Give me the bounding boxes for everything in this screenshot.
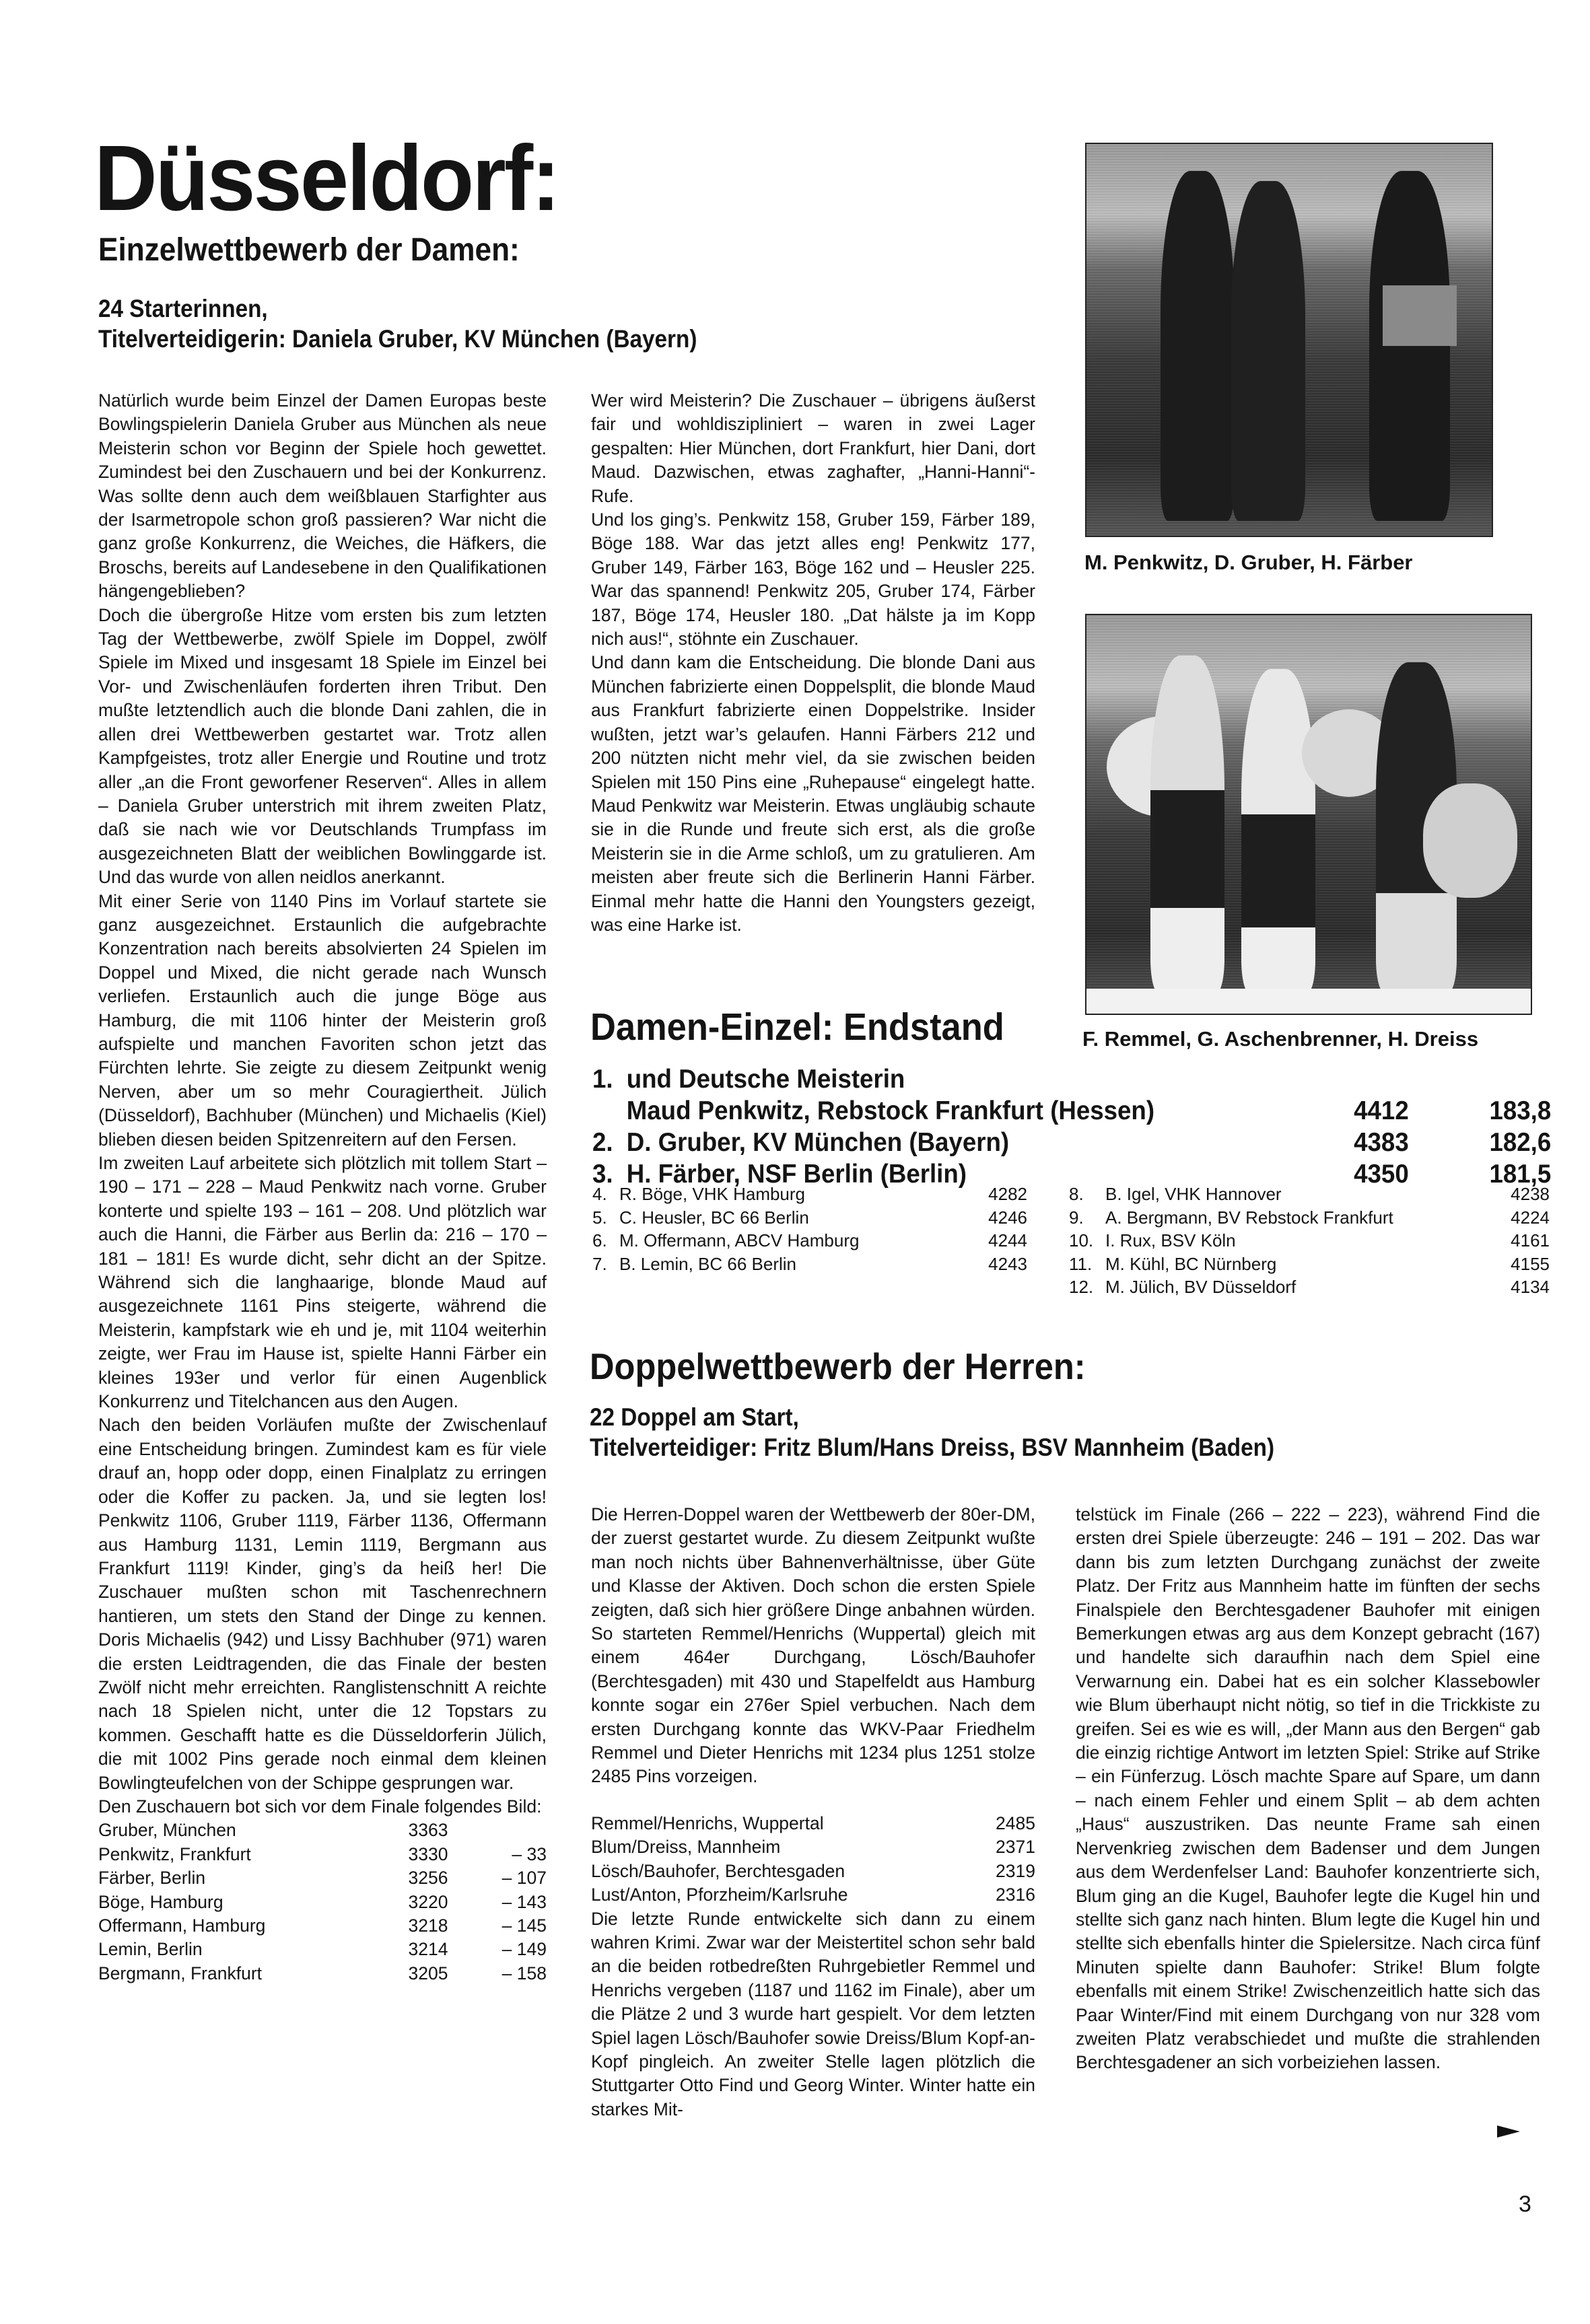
- standing-row: 12.M. Jülich, BV Düsseldorf4134: [1069, 1275, 1550, 1299]
- standing-row: 10.I. Rux, BSV Köln4161: [1069, 1229, 1550, 1253]
- photo-penkwitz-gruber-faerber: [1085, 143, 1493, 537]
- section-meta: 22 Doppel am Start, Titelverteidiger: Fr…: [590, 1402, 1274, 1463]
- table-row: Offermann, Hamburg3218– 145: [98, 1914, 547, 1938]
- article-column-left: Natürlich wurde beim Einzel der Damen Eu…: [98, 389, 547, 1985]
- doubles-table: Remmel/Henrichs, Wuppertal2485 Blum/Drei…: [591, 1812, 1035, 1907]
- photo-caption: M. Penkwitz, D. Gruber, H. Färber: [1084, 552, 1413, 573]
- section-heading: Einzelwettbewerb der Damen:: [98, 234, 520, 267]
- standing-row: 5.C. Heusler, BC 66 Berlin4246: [592, 1206, 1027, 1230]
- paragraph: Wer wird Meisterin? Die Zuschauer – übri…: [591, 389, 1035, 508]
- section-heading: Doppelwettbewerb der Herren:: [590, 1348, 1086, 1385]
- paragraph: Nach den beiden Vorläufen mußte der Zwis…: [98, 1413, 547, 1795]
- paragraph: Im zweiten Lauf arbeitete sich plötzlich…: [98, 1152, 547, 1413]
- meta-line: 22 Doppel am Start,: [590, 1402, 1274, 1432]
- paragraph: Und los ging’s. Penkwitz 158, Gruber 159…: [591, 508, 1035, 651]
- table-row: Blum/Dreiss, Mannheim2371: [591, 1835, 1035, 1859]
- meta-line: Titelverteidiger: Fritz Blum/Hans Dreiss…: [590, 1432, 1274, 1463]
- article-column-right-doubles: telstück im Finale (266 – 222 – 223), wä…: [1076, 1503, 1540, 2075]
- article-column-middle-doubles: Die Herren-Doppel waren der Wettbewerb d…: [591, 1503, 1035, 2121]
- table-row: Böge, Hamburg3220– 143: [98, 1891, 547, 1914]
- standing-row: 9.A. Bergmann, BV Rebstock Frankfurt4224: [1069, 1206, 1550, 1230]
- page-number: 3: [1519, 2191, 1531, 2218]
- photo-remmel-aschenbrenner-dreiss: [1085, 614, 1532, 1015]
- standing-row: 8.B. Igel, VHK Hannover4238: [1069, 1183, 1550, 1206]
- standing-row: 4.R. Böge, VHK Hamburg4282: [592, 1183, 1027, 1206]
- table-row: Gruber, München3363: [98, 1819, 547, 1842]
- table-row: Bergmann, Frankfurt3205– 158: [98, 1962, 547, 1985]
- arrow-right-icon: [1497, 2125, 1520, 2138]
- standing-row: 2.D. Gruber, KV München (Bayern)4383182,…: [592, 1127, 1551, 1158]
- page-title: Düsseldorf:: [94, 132, 559, 225]
- standing-row: 7.B. Lemin, BC 66 Berlin4243: [592, 1253, 1027, 1276]
- meta-line: 24 Starterinnen,: [98, 293, 697, 324]
- standings-podium: 1.und Deutsche Meisterin Maud Penkwitz, …: [592, 1063, 1551, 1190]
- paragraph: Und dann kam die Entscheidung. Die blond…: [591, 651, 1035, 937]
- standings-list-left: 4.R. Böge, VHK Hamburg4282 5.C. Heusler,…: [592, 1183, 1027, 1275]
- article-column-middle: Wer wird Meisterin? Die Zuschauer – übri…: [591, 389, 1035, 937]
- table-row: Remmel/Henrichs, Wuppertal2485: [591, 1812, 1035, 1835]
- standing-row: 1.und Deutsche Meisterin: [592, 1063, 1551, 1095]
- table-row: Lemin, Berlin3214– 149: [98, 1938, 547, 1961]
- paragraph: Mit einer Serie von 1140 Pins im Vorlauf…: [98, 890, 547, 1152]
- standing-row: 6.M. Offermann, ABCV Hamburg4244: [592, 1229, 1027, 1253]
- standings-heading: Damen-Einzel: Endstand: [590, 1008, 1004, 1047]
- paragraph: telstück im Finale (266 – 222 – 223), wä…: [1076, 1503, 1540, 2075]
- standings-list-right: 8.B. Igel, VHK Hannover4238 9.A. Bergman…: [1069, 1183, 1550, 1299]
- table-row: Penkwitz, Frankfurt3330– 33: [98, 1843, 547, 1866]
- pre-final-table: Gruber, München3363 Penkwitz, Frankfurt3…: [98, 1819, 547, 1985]
- meta-line: Titelverteidigerin: Daniela Gruber, KV M…: [98, 324, 697, 354]
- paragraph: Die Herren-Doppel waren der Wettbewerb d…: [591, 1503, 1035, 1789]
- paragraph: Den Zuschauern bot sich vor dem Finale f…: [98, 1795, 547, 1819]
- paragraph: Natürlich wurde beim Einzel der Damen Eu…: [98, 389, 547, 604]
- table-row: Färber, Berlin3256– 107: [98, 1866, 547, 1890]
- standing-row: 11.M. Kühl, BC Nürnberg4155: [1069, 1253, 1550, 1276]
- photo-caption: F. Remmel, G. Aschenbrenner, H. Dreiss: [1082, 1028, 1478, 1049]
- section-meta: 24 Starterinnen, Titelverteidigerin: Dan…: [98, 293, 697, 354]
- paragraph: Doch die übergroße Hitze vom ersten bis …: [98, 604, 547, 890]
- paragraph: Die letzte Runde entwickelte sich dann z…: [591, 1907, 1035, 2122]
- standing-row: Maud Penkwitz, Rebstock Frankfurt (Hesse…: [592, 1095, 1551, 1127]
- table-row: Lust/Anton, Pforzheim/Karlsruhe2316: [591, 1883, 1035, 1907]
- table-row: Lösch/Bauhofer, Berchtesgaden2319: [591, 1860, 1035, 1883]
